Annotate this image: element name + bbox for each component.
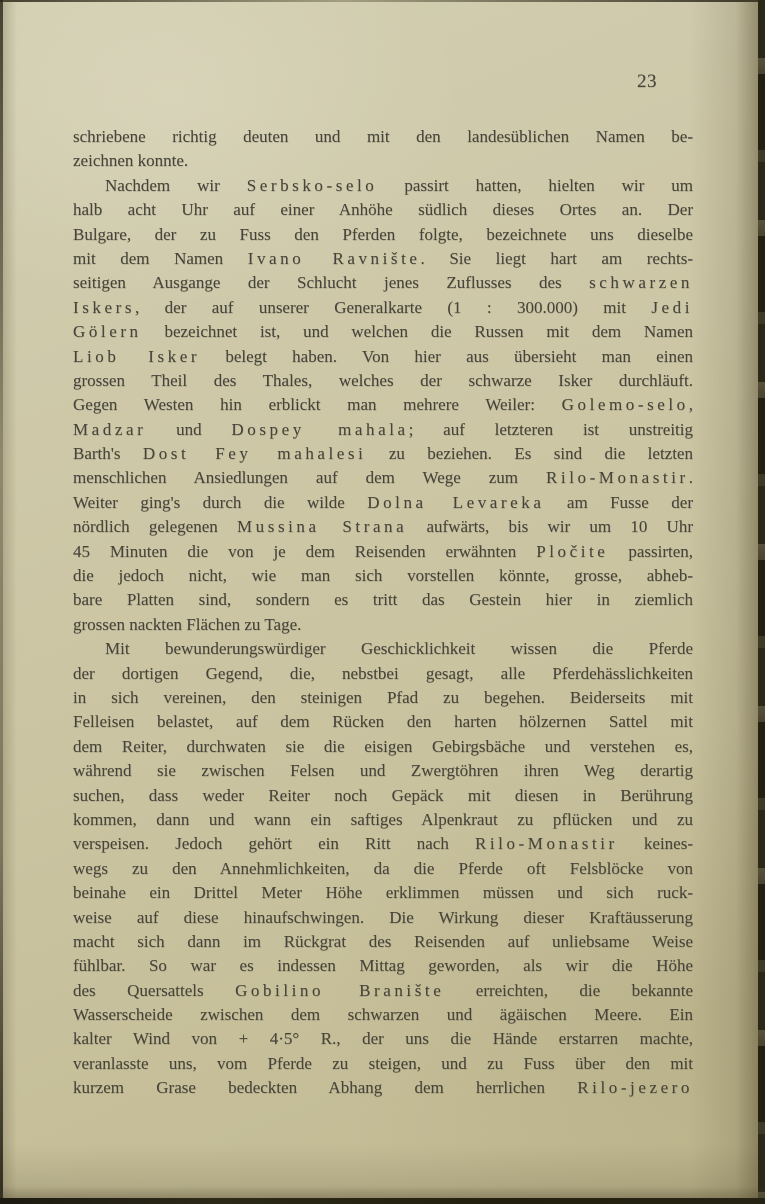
spaced-term: Gobilino Branište [235, 981, 444, 1000]
text-run: am Fusse der [544, 493, 693, 512]
text-line: wegs zu den Annehmlichkeiten, da die Pfe… [73, 857, 693, 881]
text-line: Barth's Dost Fey mahalesi zu beziehen. E… [73, 442, 693, 466]
text-line: Nachdem wir Serbsko-selo passirt hatten,… [73, 174, 693, 198]
spaced-term: Rilo-jezero [577, 1078, 693, 1097]
scan-edge-bottom [0, 1198, 765, 1204]
scanned-book-page: 23 schriebene richtig deuten und mit den… [0, 0, 765, 1204]
text-run: Wasserscheide zwischen dem schwarzen und… [73, 1005, 693, 1024]
text-line: halb acht Uhr auf einer Anhöhe südlich d… [73, 198, 693, 222]
text-line: 45 Minuten die von je dem Reisenden erwä… [73, 540, 693, 564]
text-line: Weiter ging's durch die wilde Dolna Leva… [73, 491, 693, 515]
text-line: Mit bewunderungswürdiger Geschicklichkei… [73, 637, 693, 661]
spaced-term: Madzar [73, 420, 146, 439]
spaced-term: Pločite [536, 542, 608, 561]
text-run: Gegen Westen hin erblickt man mehrere We… [73, 395, 562, 414]
text-line: grossen nackten Flächen zu Tage. [73, 613, 693, 637]
text-run: zeichnen konnte. [73, 151, 188, 170]
text-line: macht sich dann im Rückgrat des Reisende… [73, 930, 693, 954]
text-line: suchen, dass weder Reiter noch Gepäck mi… [73, 784, 693, 808]
scan-edge-bottom-shade [0, 1186, 765, 1198]
text-line: verspeisen. Jedoch gehört ein Ritt nach … [73, 832, 693, 856]
text-block: schriebene richtig deuten und mit den la… [73, 125, 693, 1101]
text-line: während sie zwischen Felsen und Zwergtöh… [73, 759, 693, 783]
text-run: während sie zwischen Felsen und Zwergtöh… [73, 761, 693, 780]
text-run: keines- [618, 834, 693, 853]
text-run: weise auf diese hinaufschwingen. Die Wir… [73, 908, 693, 927]
text-run: , der auf unserer Generalkarte (1 : 300.… [135, 298, 651, 317]
text-line: seitigen Ausgange der Schlucht jenes Zuf… [73, 271, 693, 295]
spaced-term: Mussina Strana [237, 517, 407, 536]
scan-edge-right-shade [736, 0, 758, 1204]
text-line: menschlichen Ansiedlungen auf dem Wege z… [73, 466, 693, 490]
text-line: Gegen Westen hin erblickt man mehrere We… [73, 393, 693, 417]
text-run: die jedoch nicht, wie man sich vorstelle… [73, 566, 693, 585]
text-line: kommen, dann und wann ein saftiges Alpen… [73, 808, 693, 832]
text-line: Madzar und Dospey mahala; auf letzteren … [73, 418, 693, 442]
spaced-term: Dospey mahala [231, 420, 408, 439]
scan-edge-right [758, 0, 765, 1204]
text-run: verspeisen. Jedoch gehört ein Ritt nach [73, 834, 475, 853]
paragraph: Nachdem wir Serbsko-selo passirt hatten,… [73, 174, 693, 637]
scan-edge-top [0, 0, 765, 2]
text-run: grossen nackten Flächen zu Tage. [73, 615, 301, 634]
text-run: bare Platten sind, sondern es tritt das … [73, 590, 693, 609]
spaced-term: Rilo-Monastir [546, 468, 689, 487]
text-run: . Sie liegt hart am rechts- [421, 249, 694, 268]
page-number: 23 [637, 71, 657, 93]
spaced-term: Dost Fey mahalesi [143, 444, 367, 463]
text-run: kalter Wind von + 4·5° R., der uns die H… [73, 1029, 693, 1048]
text-run: Weiter ging's durch die wilde [73, 493, 367, 512]
text-line: des Quersattels Gobilino Branište erreic… [73, 979, 693, 1003]
text-line: der dortigen Gegend, die, nebstbei gesag… [73, 662, 693, 686]
text-run: Mit bewunderungswürdiger Geschicklichkei… [105, 639, 693, 658]
text-run: schriebene richtig deuten und mit den la… [73, 127, 693, 146]
spaced-term: Serbsko-selo [247, 176, 378, 195]
text-run: wegs zu den Annehmlichkeiten, da die Pfe… [73, 859, 693, 878]
paragraph: Mit bewunderungswürdiger Geschicklichkei… [73, 637, 693, 1100]
text-run: veranlasste uns, vom Pferde zu steigen, … [73, 1054, 693, 1073]
text-run: des Quersattels [73, 981, 235, 1000]
spaced-term: Ivano Ravnište [248, 249, 421, 268]
text-line: nördlich gelegenen Mussina Strana aufwär… [73, 515, 693, 539]
spaced-term: Jedi [651, 298, 693, 317]
text-run: Barth's [73, 444, 143, 463]
text-line: grossen Theil des Thales, welches der sc… [73, 369, 693, 393]
spaced-term: Liob Isker [73, 347, 200, 366]
text-line: zeichnen konnte. [73, 149, 693, 173]
text-line: Wasserscheide zwischen dem schwarzen und… [73, 1003, 693, 1027]
text-run: seitigen Ausgange der Schlucht jenes Zuf… [73, 273, 589, 292]
text-line: veranlasste uns, vom Pferde zu steigen, … [73, 1052, 693, 1076]
spaced-term: Iskers [73, 298, 135, 317]
spaced-term: schwarzen [589, 273, 693, 292]
text-line: Bulgare, der zu Fuss den Pferden folgte,… [73, 223, 693, 247]
text-line: bare Platten sind, sondern es tritt das … [73, 588, 693, 612]
text-run: passirten, [608, 542, 693, 561]
spaced-term: Dolna Levareka [367, 493, 544, 512]
text-run: halb acht Uhr auf einer Anhöhe südlich d… [73, 200, 693, 219]
text-run: dem Reiter, durchwaten sie die eisigen G… [73, 737, 693, 756]
spaced-term: Gölern [73, 322, 142, 341]
text-run: belegt haben. Von hier aus übersieht man… [200, 347, 693, 366]
text-run: kommen, dann und wann ein saftiges Alpen… [73, 810, 693, 829]
text-run: , [689, 395, 693, 414]
text-run: macht sich dann im Rückgrat des Reisende… [73, 932, 693, 951]
text-run: zu beziehen. Es sind die letzten [366, 444, 693, 463]
text-run: mit dem Namen [73, 249, 248, 268]
text-run: der dortigen Gegend, die, nebstbei gesag… [73, 664, 693, 683]
text-line: die jedoch nicht, wie man sich vorstelle… [73, 564, 693, 588]
text-run: Bulgare, der zu Fuss den Pferden folgte,… [73, 225, 693, 244]
text-run: menschlichen Ansiedlungen auf dem Wege z… [73, 468, 546, 487]
text-line: Felleisen belastet, auf dem Rücken den h… [73, 710, 693, 734]
text-run: und [146, 420, 231, 439]
text-run: 45 Minuten die von je dem Reisenden erwä… [73, 542, 536, 561]
text-line: kurzem Grase bedeckten Abhang dem herrli… [73, 1076, 693, 1100]
text-line: Gölern bezeichnet ist, und welchen die R… [73, 320, 693, 344]
text-run: nördlich gelegenen [73, 517, 237, 536]
text-run: suchen, dass weder Reiter noch Gepäck mi… [73, 786, 693, 805]
text-run: grossen Theil des Thales, welches der sc… [73, 371, 693, 390]
text-run: kurzem Grase bedeckten Abhang dem herrli… [73, 1078, 577, 1097]
text-run: bezeichnet ist, und welchen die Russen m… [142, 322, 693, 341]
text-run: Felleisen belastet, auf dem Rücken den h… [73, 712, 693, 731]
text-line: beinahe ein Drittel Meter Höhe erklimmen… [73, 881, 693, 905]
text-line: mit dem Namen Ivano Ravnište. Sie liegt … [73, 247, 693, 271]
text-run: Nachdem wir [105, 176, 247, 195]
scan-edge-left-shade [3, 0, 17, 1204]
spaced-term: Golemo-selo [562, 395, 689, 414]
text-run: fühlbar. So war es indessen Mittag gewor… [73, 956, 693, 975]
text-line: Liob Isker belegt haben. Von hier aus üb… [73, 345, 693, 369]
text-line: fühlbar. So war es indessen Mittag gewor… [73, 954, 693, 978]
text-run: ; auf letzteren ist unstreitig [409, 420, 693, 439]
text-run: in sich vereinen, den steinigen Pfad zu … [73, 688, 693, 707]
text-run: beinahe ein Drittel Meter Höhe erklimmen… [73, 883, 693, 902]
text-line: kalter Wind von + 4·5° R., der uns die H… [73, 1027, 693, 1051]
text-line: Iskers, der auf unserer Generalkarte (1 … [73, 296, 693, 320]
text-line: schriebene richtig deuten und mit den la… [73, 125, 693, 149]
text-run: aufwärts, bis wir um 10 Uhr [407, 517, 693, 536]
text-run: . [689, 468, 693, 487]
spaced-term: Rilo-Monastir [475, 834, 618, 853]
text-line: weise auf diese hinaufschwingen. Die Wir… [73, 906, 693, 930]
text-line: in sich vereinen, den steinigen Pfad zu … [73, 686, 693, 710]
text-run: erreichten, die bekannte [444, 981, 693, 1000]
text-line: dem Reiter, durchwaten sie die eisigen G… [73, 735, 693, 759]
text-run: passirt hatten, hielten wir um [377, 176, 693, 195]
paragraph: schriebene richtig deuten und mit den la… [73, 125, 693, 174]
